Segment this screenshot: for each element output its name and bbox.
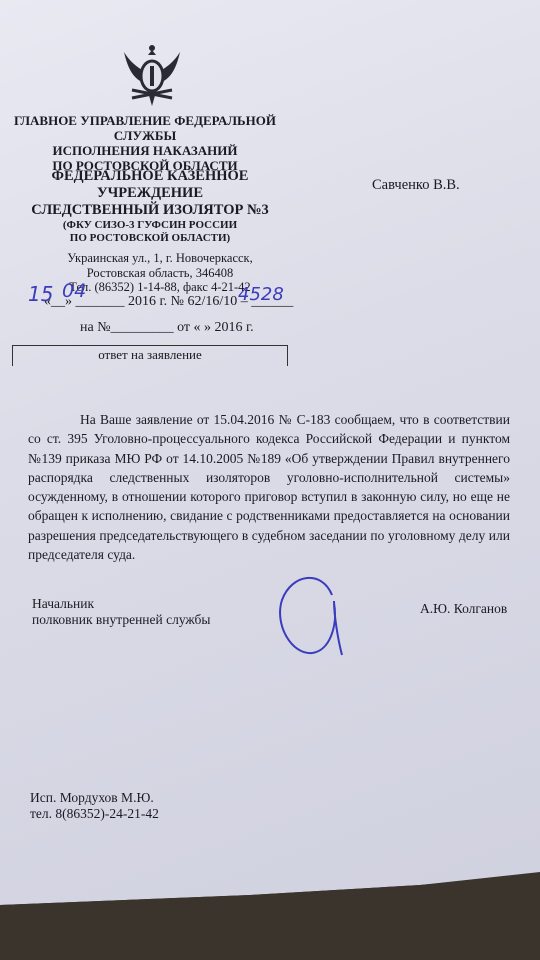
signatory-title: Начальник полковник внутренней службы — [32, 596, 211, 628]
org-line: ГЛАВНОЕ УПРАВЛЕНИЕ ФЕДЕРАЛЬНОЙ СЛУЖБЫ — [0, 113, 290, 143]
handwritten-month: 04 — [62, 280, 86, 302]
signatory-name: А.Ю. Колганов — [420, 601, 507, 617]
letter-body: На Ваше заявление от 15.04.2016 № С-183 … — [28, 410, 510, 564]
signatory-position: Начальник — [32, 596, 211, 612]
fsin-eagle-crest-icon — [120, 42, 184, 108]
institution-short-line: (ФКУ СИЗО-3 ГУФСИН РОССИИ — [0, 219, 300, 232]
executor-phone: тел. 8(86352)-24-21-42 — [30, 806, 159, 822]
institution-short-line: ПО РОСТОВСКОЙ ОБЛАСТИ) — [0, 232, 300, 245]
handwritten-number: 4528 — [238, 284, 284, 305]
institution-line: ФЕДЕРАЛЬНОЕ КАЗЕННОЕ — [0, 168, 300, 185]
recipient-name: Савченко В.В. — [372, 177, 460, 194]
address-line: Ростовская область, 346408 — [40, 266, 280, 281]
subject-text: ответ на заявление — [98, 347, 202, 362]
header-organization: ГЛАВНОЕ УПРАВЛЕНИЕ ФЕДЕРАЛЬНОЙ СЛУЖБЫ ИС… — [0, 113, 290, 173]
institution-line: УЧРЕЖДЕНИЕ — [0, 185, 300, 202]
executor-name: Исп. Мордухов М.Ю. — [30, 790, 159, 806]
subject-box: ответ на заявление — [12, 345, 288, 366]
handwritten-signature-icon — [272, 565, 352, 665]
org-line: ИСПОЛНЕНИЯ НАКАЗАНИЙ — [0, 143, 290, 158]
executor-info: Исп. Мордухов М.Ю. тел. 8(86352)-24-21-4… — [30, 790, 159, 822]
address-line: Украинская ул., 1, г. Новочеркасск, — [40, 251, 280, 266]
institution-line: СЛЕДСТВЕННЫЙ ИЗОЛЯТОР №3 — [0, 202, 300, 219]
incoming-reference: на №_________ от « » 2016 г. — [80, 320, 254, 336]
signatory-rank: полковник внутренней службы — [32, 612, 211, 628]
header-institution: ФЕДЕРАЛЬНОЕ КАЗЕННОЕ УЧРЕЖДЕНИЕ СЛЕДСТВЕ… — [0, 168, 300, 245]
handwritten-day: 15 — [28, 282, 53, 306]
